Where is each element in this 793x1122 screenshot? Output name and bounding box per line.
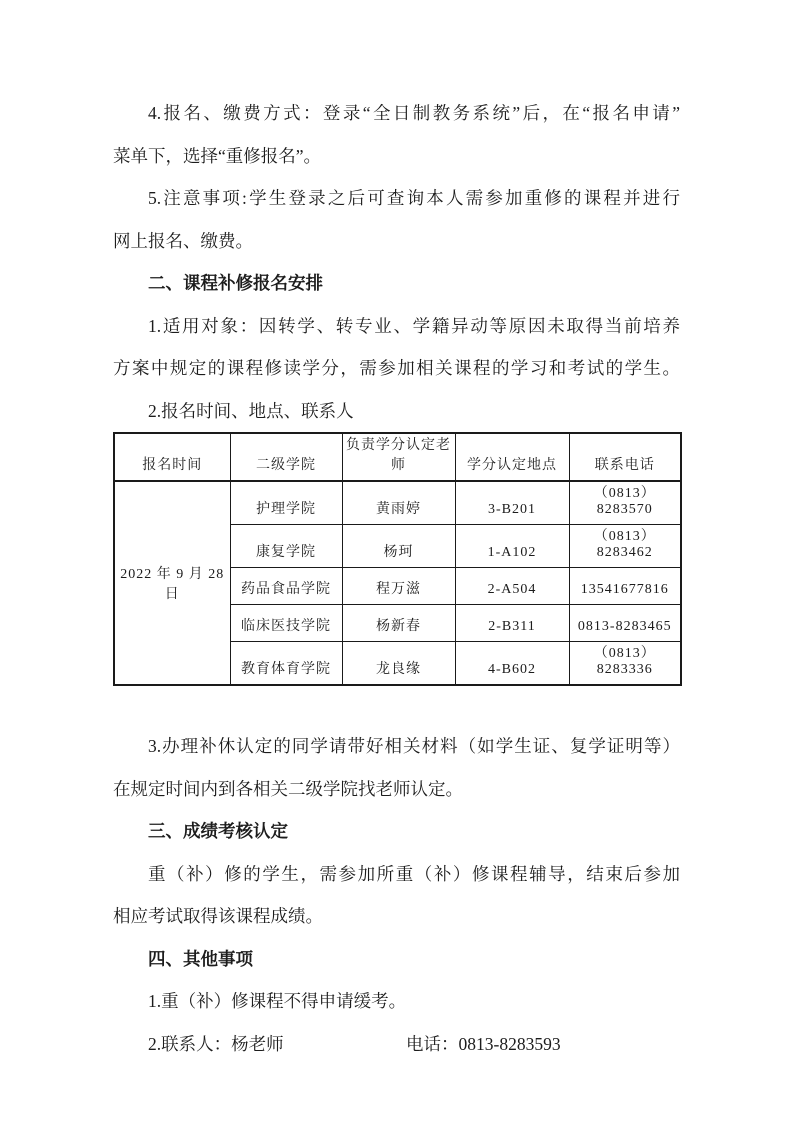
college-cell: 药品食品学院 bbox=[230, 568, 342, 605]
section2-item2: 2.报名时间、地点、联系人 bbox=[113, 390, 680, 433]
college-cell: 临床医技学院 bbox=[230, 605, 342, 642]
location-cell: 2-A504 bbox=[455, 568, 569, 605]
location-cell: 2-B311 bbox=[455, 605, 569, 642]
location-cell: 3-B201 bbox=[455, 481, 569, 525]
phone-cell: 0813-8283465 bbox=[569, 605, 681, 642]
section2-item3-line1: 3.办理补休认定的同学请带好相关材料（如学生证、复学证明等） bbox=[113, 725, 680, 768]
college-cell: 教育体育学院 bbox=[230, 642, 342, 686]
document-page: 4.报名、缴费方式：登录“全日制教务系统”后，在“报名申请” 菜单下，选择“重修… bbox=[0, 0, 793, 1122]
teacher-cell: 黄雨婷 bbox=[342, 481, 455, 525]
section4-item2: 2.联系人：杨老师 电话：0813-8283593 bbox=[113, 1023, 680, 1066]
section3-body-line2: 相应考试取得该课程成绩。 bbox=[113, 895, 680, 938]
intro-item5-line2: 网上报名、缴费。 bbox=[113, 220, 680, 263]
teacher-cell: 龙良缘 bbox=[342, 642, 455, 686]
table-row: 2022 年 9 月 28 日 护理学院 黄雨婷 3-B201 （0813）82… bbox=[114, 481, 681, 525]
intro-item4-line1: 4.报名、缴费方式：登录“全日制教务系统”后，在“报名申请” bbox=[113, 92, 680, 135]
contact-person-text: 2.联系人：杨老师 bbox=[148, 1034, 284, 1054]
registration-table: 报名时间 二级学院 负责学分认定老师 学分认定地点 联系电话 2022 年 9 … bbox=[113, 432, 682, 686]
phone-cell: （0813）8283570 bbox=[569, 481, 681, 525]
college-cell: 康复学院 bbox=[230, 525, 342, 568]
section2-item1-line2: 方案中规定的课程修读学分，需参加相关课程的学习和考试的学生。 bbox=[113, 347, 680, 390]
col-header-credit-location: 学分认定地点 bbox=[455, 433, 569, 481]
phone-cell: （0813）8283336 bbox=[569, 642, 681, 686]
intro-item4-line2: 菜单下，选择“重修报名”。 bbox=[113, 135, 680, 178]
col-header-college: 二级学院 bbox=[230, 433, 342, 481]
teacher-cell: 杨珂 bbox=[342, 525, 455, 568]
intro-item5-line1: 5.注意事项:学生登录之后可查询本人需参加重修的课程并进行 bbox=[113, 177, 680, 220]
section3-heading: 三、成绩考核认定 bbox=[113, 810, 680, 853]
contact-phone-text: 电话：0813-8283593 bbox=[406, 1034, 561, 1054]
phone-cell: 13541677816 bbox=[569, 568, 681, 605]
phone-cell: （0813）8283462 bbox=[569, 525, 681, 568]
section3-body-line1: 重（补）修的学生，需参加所重（补）修课程辅导，结束后参加 bbox=[113, 853, 680, 896]
section2-item1-line1: 1.适用对象：因转学、转专业、学籍异动等原因未取得当前培养 bbox=[113, 305, 680, 348]
location-cell: 1-A102 bbox=[455, 525, 569, 568]
document-content: 4.报名、缴费方式：登录“全日制教务系统”后，在“报名申请” 菜单下，选择“重修… bbox=[113, 92, 680, 1065]
col-header-contact-phone: 联系电话 bbox=[569, 433, 681, 481]
section4-heading: 四、其他事项 bbox=[113, 938, 680, 981]
college-cell: 护理学院 bbox=[230, 481, 342, 525]
table-header-row: 报名时间 二级学院 负责学分认定老师 学分认定地点 联系电话 bbox=[114, 433, 681, 481]
teacher-cell: 程万滋 bbox=[342, 568, 455, 605]
teacher-cell: 杨新春 bbox=[342, 605, 455, 642]
col-header-signup-time: 报名时间 bbox=[114, 433, 230, 481]
location-cell: 4-B602 bbox=[455, 642, 569, 686]
signup-date-cell: 2022 年 9 月 28 日 bbox=[114, 481, 230, 685]
section4-item1: 1.重（补）修课程不得申请缓考。 bbox=[113, 980, 680, 1023]
section2-item3-line2: 在规定时间内到各相关二级学院找老师认定。 bbox=[113, 768, 680, 811]
section2-heading: 二、课程补修报名安排 bbox=[113, 262, 680, 305]
col-header-credit-teacher: 负责学分认定老师 bbox=[342, 433, 455, 481]
